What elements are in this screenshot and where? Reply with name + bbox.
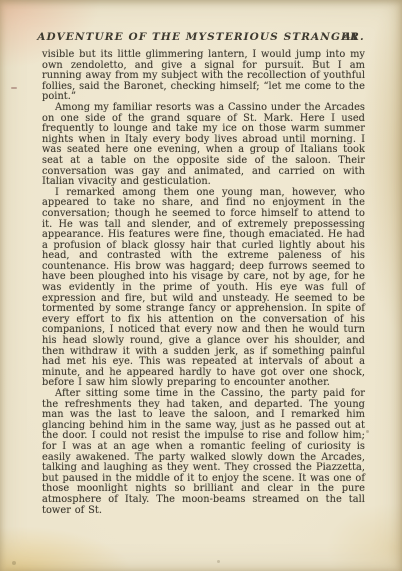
page-number: 41 (343, 31, 358, 43)
book-page: ADVENTURE OF THE MYSTERIOUS STRANGER. 41… (0, 0, 402, 571)
paragraph: visible but its little glimmering lanter… (42, 50, 365, 103)
paragraph: After sitting some time in the Cassino, … (42, 389, 365, 516)
paragraph: Among my familiar resorts was a Cassino … (42, 103, 365, 188)
page-body: visible but its little glimmering lanter… (0, 43, 402, 516)
paragraph: I remarked among them one young man, how… (42, 188, 365, 389)
ink-speck (217, 560, 220, 563)
ink-speck (12, 561, 16, 565)
running-title: ADVENTURE OF THE MYSTERIOUS STRANGER. (37, 31, 364, 43)
page-header: ADVENTURE OF THE MYSTERIOUS STRANGER. 41 (0, 0, 402, 43)
